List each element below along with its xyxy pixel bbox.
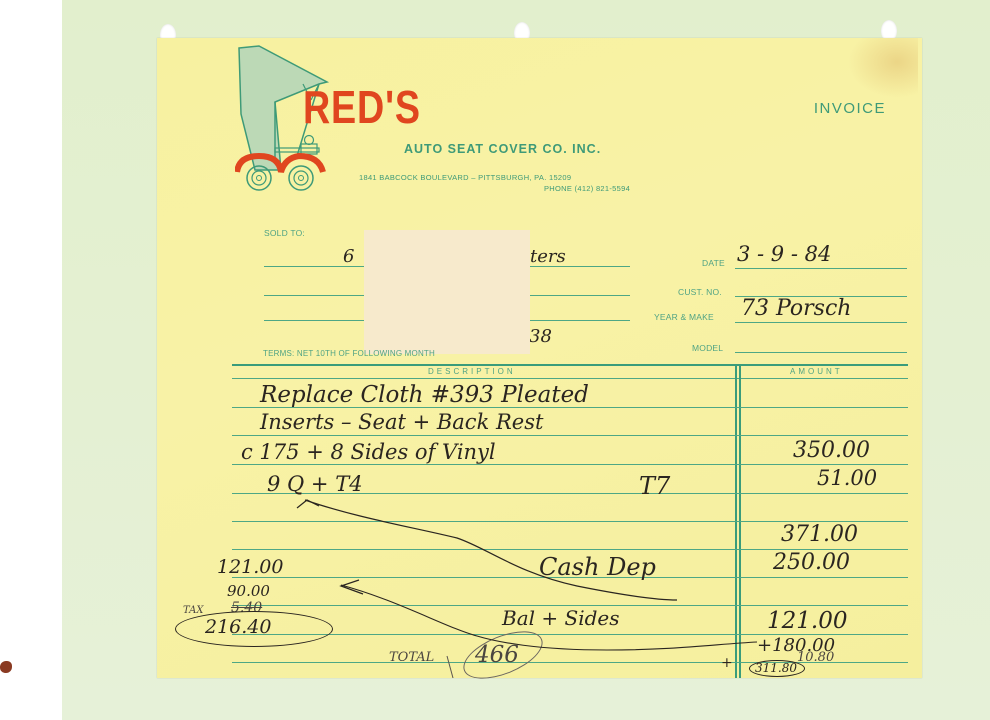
brand-name: RED'S	[303, 84, 421, 130]
amount-strike-note: 10.80	[797, 650, 834, 665]
company-name: AUTO SEAT COVER CO. INC.	[404, 142, 601, 156]
plus-mark: +	[721, 655, 733, 671]
model-line	[735, 352, 907, 353]
table-top-border	[232, 364, 908, 366]
date-label: DATE	[702, 258, 725, 268]
tax-label: TAX	[183, 605, 203, 616]
company-address: 1841 BABCOCK BOULEVARD – PITTSBURGH, PA.…	[359, 173, 571, 182]
description-row-2: Inserts – Seat + Back Rest	[260, 410, 543, 434]
description-row-4-note: T7	[639, 472, 670, 500]
description-row-9: Bal + Sides	[502, 606, 620, 630]
amount-row-4: 51.00	[817, 466, 877, 490]
invoice-title: INVOICE	[814, 100, 886, 117]
year-make-line	[735, 322, 907, 323]
invoice-sheet: RED'S AUTO SEAT COVER CO. INC. 1841 BABC…	[157, 38, 922, 678]
year-make-label: YEAR & MAKE	[654, 312, 714, 322]
description-row-7: Cash Dep	[539, 553, 656, 581]
cust-no-label: CUST. NO.	[678, 287, 722, 297]
description-row-3: c 175 + 8 Sides of Vinyl	[241, 440, 496, 464]
sold-to-name-end: ters	[530, 246, 566, 267]
amount-column-header: AMOUNT	[790, 367, 843, 376]
terms-text: TERMS: NET 10TH OF FOLLOWING MONTH	[263, 349, 435, 358]
year-make-value: 73 Porsch	[741, 296, 851, 321]
date-line	[735, 268, 907, 269]
ruled-line	[232, 435, 908, 436]
description-row-4: 9 Q + T4	[267, 472, 363, 496]
circled-amount	[749, 660, 805, 677]
margin-note-1: 121.00	[217, 556, 283, 578]
sold-to-line3-end: 38	[529, 326, 552, 347]
redaction-patch	[364, 230, 530, 354]
paper-stain	[848, 38, 918, 98]
date-value: 3 - 9 - 84	[737, 242, 831, 266]
circled-total-ellipse	[175, 611, 333, 647]
total-label: TOTAL	[389, 650, 434, 665]
table-header-border	[232, 378, 908, 379]
ruled-line	[232, 464, 908, 465]
description-row-1: Replace Cloth #393 Pleated	[260, 382, 589, 408]
amount-row-3: 350.00	[793, 438, 870, 463]
company-phone: PHONE (412) 821-5594	[544, 184, 630, 193]
amount-row-9: 121.00	[767, 608, 847, 634]
sold-to-name-start: 6	[343, 246, 354, 267]
margin-note-2: 90.00	[227, 582, 270, 600]
amount-row-6: 371.00	[781, 522, 858, 547]
amount-row-7: 250.00	[773, 550, 850, 575]
description-column-header: DESCRIPTION	[428, 367, 516, 376]
sold-to-label: SOLD TO:	[264, 228, 305, 238]
model-label: MODEL	[692, 343, 723, 353]
scan-mark	[0, 661, 12, 673]
